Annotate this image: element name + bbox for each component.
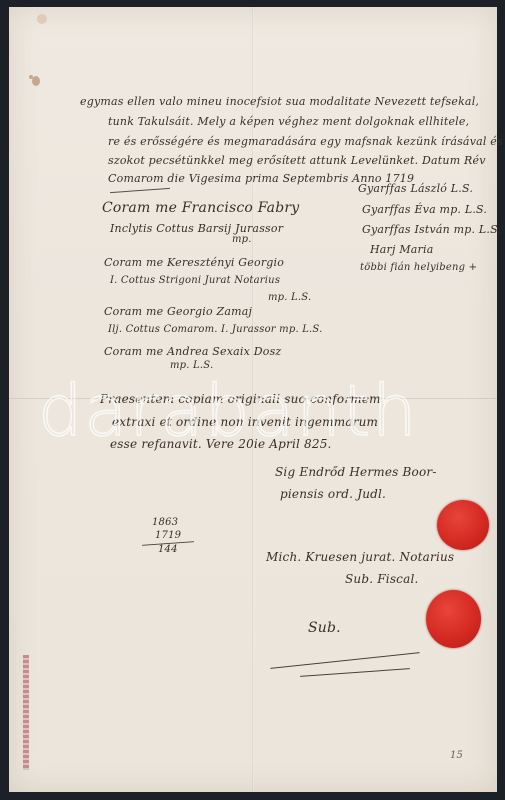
red-stamp-strip <box>23 655 29 770</box>
witness-3-line-2: Ilj. Cottus Comarom. I. Jurassor mp. L.S… <box>108 324 323 335</box>
body-line-2: tunk Takulsáit. Mely a képen véghez ment… <box>108 115 469 128</box>
signatory-5: többi fián helyibeng + <box>360 262 477 273</box>
witness-2-line-2: I. Cottus Strigoni Jurat Notarius <box>110 275 280 286</box>
later-note-line-2: extraxi et ordine non invenit ingemmarum <box>112 415 378 429</box>
later-signature-line-1: Sig Endrőd Hermes Boor- <box>275 465 437 479</box>
witness-4-line-2: mp. L.S. <box>170 360 213 371</box>
body-line-4: szokot pecsétünk­kel meg erősített attun… <box>108 154 486 167</box>
corner-number: 15 <box>450 750 463 761</box>
wax-seal-1 <box>437 500 489 550</box>
body-line-1: egymas ellen valo mineu inocefsiot sua m… <box>80 95 479 108</box>
body-line-3: re és erősségére és megmaradására egy ma… <box>108 135 503 148</box>
signatory-1: Gyarffas László L.S. <box>358 182 473 195</box>
signatory-4: Harj Maria <box>370 243 433 256</box>
later-note-line-1: Praesentem copiam originali suo conforme… <box>100 392 381 406</box>
later-signature-line-2: piensis ord. Judl. <box>280 487 386 501</box>
archive-number-2: 1719 <box>155 530 181 541</box>
archive-number-1: 1863 <box>152 517 178 528</box>
corner-stain <box>37 14 47 24</box>
official-signature-line-2: Sub. Fiscal. <box>345 572 419 586</box>
witness-2-mark: mp. L.S. <box>268 292 311 303</box>
witness-1-line-2: Inclytis Cottus Barsij Jurassor <box>110 222 283 235</box>
witness-1-mark: mp. <box>232 234 252 245</box>
ink-stain <box>29 75 33 79</box>
wax-seal-2 <box>426 590 481 648</box>
signatory-2: Gyarffas Éva mp. L.S. <box>362 203 487 216</box>
later-note-line-3: esse refanavit. Vere 20ie April 825. <box>110 437 332 451</box>
witness-4-line-1: Coram me Andrea Sexaix Dosz <box>104 345 281 358</box>
witness-2-line-1: Coram me Keresztényi Georgio <box>104 256 284 269</box>
sub-mark: Sub. <box>308 620 341 636</box>
witness-3-line-1: Coram me Georgio Zamaj <box>104 305 252 318</box>
archive-number-3: 144 <box>158 544 178 555</box>
ink-stain <box>32 76 40 86</box>
witness-1-line-1: Coram me Francisco Fabry <box>102 200 299 216</box>
signatory-3: Gyarffas István mp. L.S. <box>362 223 501 236</box>
official-signature-line-1: Mich. Kruesen jurat. Notarius <box>266 550 454 564</box>
